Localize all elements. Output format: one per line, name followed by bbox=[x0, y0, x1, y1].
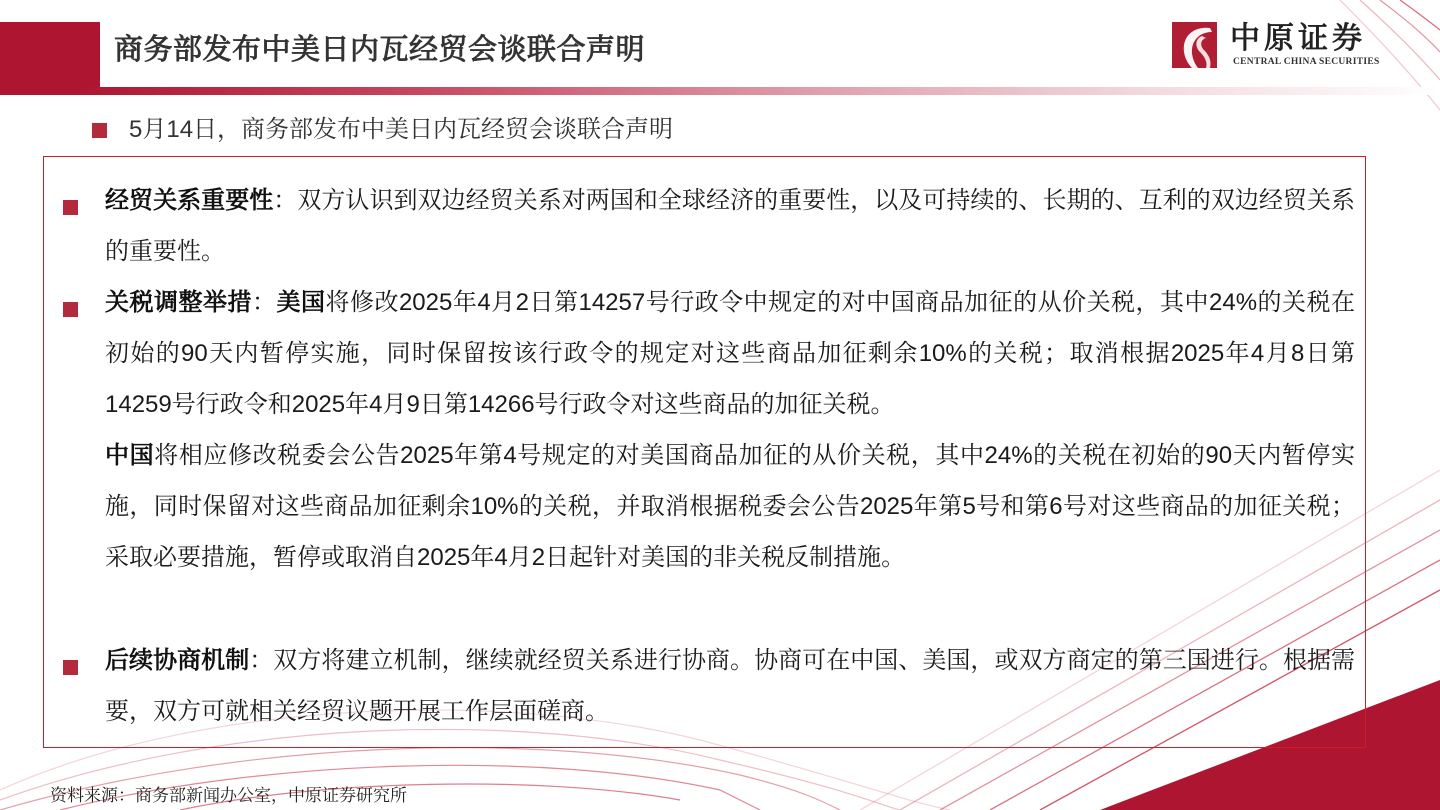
square-bullet-icon bbox=[63, 302, 78, 317]
item-text: 经贸关系重要性：双方认识到双边经贸关系对两国和全球经济的重要性，以及可持续的、长… bbox=[105, 175, 1355, 277]
logo-mark-icon bbox=[1172, 22, 1217, 68]
subheading-text: 5月14日，商务部发布中美日内瓦经贸会谈联合声明 bbox=[129, 112, 673, 148]
title-accent-block bbox=[0, 22, 100, 95]
item-label: 经贸关系重要性 bbox=[105, 187, 273, 214]
item-text: 后续协商机制：双方将建立机制，继续就经贸关系进行协商。协商可在中国、美国，或双方… bbox=[105, 635, 1355, 737]
us-label: 美国 bbox=[276, 289, 325, 316]
item-text: 关税调整举措：美国将修改2025年4月2日第14257号行政令中规定的对中国商品… bbox=[105, 277, 1355, 583]
page-title: 商务部发布中美日内瓦经贸会谈联合声明 bbox=[114, 28, 645, 72]
company-logo: 中原证券 CENTRAL CHINA SECURITIES bbox=[1172, 22, 1412, 72]
square-bullet-icon bbox=[92, 123, 107, 138]
item-label: 关税调整举措 bbox=[105, 289, 252, 316]
square-bullet-icon bbox=[63, 660, 78, 675]
subheading: 5月14日，商务部发布中美日内瓦经贸会谈联合声明 bbox=[92, 112, 673, 148]
logo-name-cn: 中原证券 bbox=[1230, 20, 1366, 58]
source-note: 资料来源：商务部新闻办公室，中原证券研究所 bbox=[50, 784, 407, 808]
item-body: 双方将建立机制，继续就经贸关系进行协商。协商可在中国、美国，或双方商定的第三国进… bbox=[105, 647, 1355, 725]
cn-label: 中国 bbox=[105, 442, 154, 469]
logo-name-en: CENTRAL CHINA SECURITIES bbox=[1233, 57, 1380, 67]
title-underline bbox=[72, 87, 1440, 95]
cn-body: 将相应修改税委会公告2025年第4号规定的对美国商品加征的从价关税，其中24%的… bbox=[105, 442, 1355, 571]
square-bullet-icon bbox=[63, 200, 78, 215]
statement-content-box: 经贸关系重要性：双方认识到双边经贸关系对两国和全球经济的重要性，以及可持续的、长… bbox=[43, 156, 1366, 748]
item-label: 后续协商机制 bbox=[105, 647, 249, 674]
